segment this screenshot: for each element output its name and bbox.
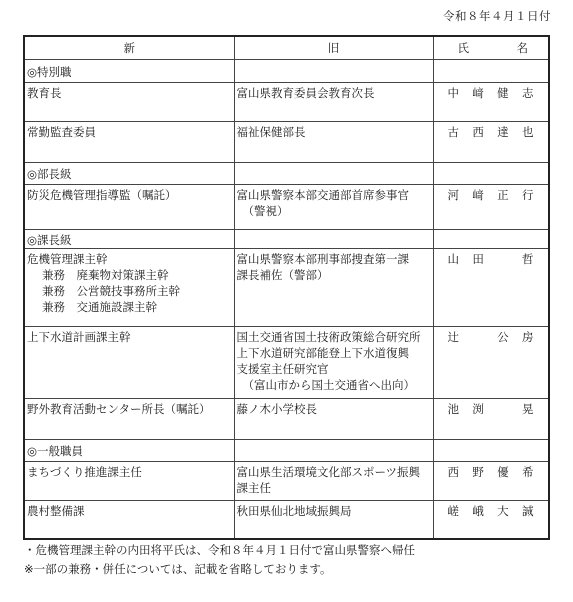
- new-position: 教育長: [27, 85, 232, 101]
- old-position: 課長補佐（警部）: [237, 267, 431, 283]
- section-row: ◎特別職: [24, 59, 549, 82]
- old-position: 秋田県仙北地域振興局: [237, 503, 431, 519]
- new-position-cell: 野外教育活動センター所長（嘱託）: [24, 398, 234, 439]
- name-char: 晃: [522, 401, 534, 417]
- person-name-cell: 山田哲: [433, 248, 549, 326]
- empty-cell: [234, 162, 433, 184]
- name-char: 辻: [448, 329, 460, 345]
- new-position-cell: まちづくり推進課主任: [24, 461, 234, 500]
- name-char: 﨑: [472, 85, 484, 101]
- header-name-char: 名: [517, 40, 529, 56]
- person-name-cell: 河﨑正行: [433, 184, 549, 229]
- table-row: 農村整備課秋田県仙北地域振興局嵯峨大誠: [24, 500, 549, 539]
- old-position-cell: 富山県教育委員会教育次長: [234, 82, 433, 121]
- new-position: まちづくり推進課主任: [27, 464, 232, 480]
- section-label: ◎特別職: [24, 59, 234, 82]
- new-position-cell: 農村整備課: [24, 500, 234, 539]
- name-char: 大: [497, 503, 509, 519]
- new-position-cell: 教育長: [24, 82, 234, 121]
- old-position-cell: 秋田県仙北地域振興局: [234, 500, 433, 539]
- old-position: 富山県教育委員会教育次長: [237, 85, 431, 101]
- old-position-cell: 富山県生活環境文化部スポーツ振興課主任: [234, 461, 433, 500]
- new-position-cell: 危機管理課主幹兼務 廃棄物対策課主幹兼務 公営競技事務所主幹兼務 交通施設課主幹: [24, 248, 234, 326]
- concurrent-post: 兼務 廃棄物対策課主幹: [27, 267, 232, 283]
- person-name: 山田哲: [436, 251, 547, 267]
- name-char: 公: [497, 329, 509, 345]
- table-row: 危機管理課主幹兼務 廃棄物対策課主幹兼務 公営競技事務所主幹兼務 交通施設課主幹…: [24, 248, 549, 326]
- name-char: 野: [472, 464, 484, 480]
- table-row: 教育長富山県教育委員会教育次長中﨑健志: [24, 82, 549, 121]
- person-name-cell: 中﨑健志: [433, 82, 549, 121]
- empty-cell: [433, 59, 549, 82]
- name-char: 山: [448, 251, 460, 267]
- new-position: 危機管理課主幹: [27, 251, 232, 267]
- old-position-cell: 国土交通省国土技術政策総合研究所上下水道研究部能登上下水道復興支援室主任研究官（…: [234, 326, 433, 398]
- old-position: 藤ノ木小学校長: [237, 401, 431, 417]
- old-position-cell: 福祉保健部長: [234, 121, 433, 162]
- old-position: 富山県生活環境文化部スポーツ振興: [237, 464, 431, 480]
- person-name-cell: 古西達也: [433, 121, 549, 162]
- person-name: 嵯峨大誠: [436, 503, 547, 519]
- name-char: 優: [497, 464, 509, 480]
- person-name-cell: 西野優希: [433, 461, 549, 500]
- old-position-cell: 富山県警察本部交通部首席参事官（警視）: [234, 184, 433, 229]
- old-position: 国土交通省国土技術政策総合研究所: [237, 329, 431, 345]
- table-header-row: 新 旧 氏 名: [24, 36, 549, 59]
- name-char: 嵯: [448, 503, 460, 519]
- name-char: 中: [448, 85, 460, 101]
- new-position-cell: 防災危機管理指導監（嘱託）: [24, 184, 234, 229]
- person-name: 古西達也: [436, 124, 547, 140]
- empty-cell: [234, 229, 433, 248]
- person-name-cell: 辻公房: [433, 326, 549, 398]
- header-new: 新: [24, 36, 234, 59]
- old-position: 上下水道研究部能登上下水道復興: [237, 345, 431, 361]
- new-position: 農村整備課: [27, 503, 232, 519]
- name-char: 希: [522, 464, 534, 480]
- old-position: 支援室主任研究官: [237, 361, 431, 377]
- old-position-cell: 富山県警察本部刑事部捜査第一課課長補佐（警部）: [234, 248, 433, 326]
- empty-cell: [234, 439, 433, 461]
- empty-cell: [433, 439, 549, 461]
- name-char: 池: [448, 401, 460, 417]
- name-char: 健: [497, 85, 509, 101]
- name-char: 誠: [522, 503, 534, 519]
- new-position: 上下水道計画課主幹: [27, 329, 232, 345]
- name-char: 房: [522, 329, 534, 345]
- person-name: 河﨑正行: [436, 187, 547, 203]
- name-char: 河: [448, 187, 460, 203]
- name-char: 也: [522, 124, 534, 140]
- footnote: ※一部の兼務・併任については、記載を省略しております。: [24, 560, 415, 579]
- table-row: 防災危機管理指導監（嘱託）富山県警察本部交通部首席参事官（警視）河﨑正行: [24, 184, 549, 229]
- section-label: ◎部長級: [24, 162, 234, 184]
- header-old: 旧: [234, 36, 433, 59]
- old-position: 富山県警察本部刑事部捜査第一課: [237, 251, 431, 267]
- header-name-char: 氏: [458, 40, 470, 56]
- person-name: 池渕晃: [436, 401, 547, 417]
- name-char: 達: [497, 124, 509, 140]
- name-char: [497, 251, 509, 267]
- name-char: 峨: [472, 503, 484, 519]
- new-position-cell: 常勤監査委員: [24, 121, 234, 162]
- empty-cell: [433, 162, 549, 184]
- empty-cell: [433, 229, 549, 248]
- name-char: 志: [522, 85, 534, 101]
- name-char: 西: [448, 464, 460, 480]
- name-char: 古: [448, 124, 460, 140]
- table-body: ◎特別職教育長富山県教育委員会教育次長中﨑健志常勤監査委員福祉保健部長古西達也◎…: [24, 59, 549, 539]
- person-name: 西野優希: [436, 464, 547, 480]
- new-position: 常勤監査委員: [27, 124, 232, 140]
- name-char: 哲: [522, 251, 534, 267]
- section-row: ◎部長級: [24, 162, 549, 184]
- new-position: 野外教育活動センター所長（嘱託）: [27, 401, 232, 417]
- new-position: 防災危機管理指導監（嘱託）: [27, 187, 232, 203]
- name-char: 﨑: [472, 187, 484, 203]
- old-position: （富山市から国土交通省へ出向）: [237, 377, 431, 393]
- old-position-cell: 藤ノ木小学校長: [234, 398, 433, 439]
- person-name-cell: 嵯峨大誠: [433, 500, 549, 539]
- person-name: 中﨑健志: [436, 85, 547, 101]
- concurrent-post: 兼務 公営競技事務所主幹: [27, 283, 232, 299]
- name-char: 行: [522, 187, 534, 203]
- table-row: 常勤監査委員福祉保健部長古西達也: [24, 121, 549, 162]
- new-position-cell: 上下水道計画課主幹: [24, 326, 234, 398]
- effective-date: 令和８年４月１日付: [443, 8, 551, 24]
- person-name-cell: 池渕晃: [433, 398, 549, 439]
- old-position: 富山県警察本部交通部首席参事官: [237, 187, 431, 203]
- name-char: 渕: [472, 401, 484, 417]
- name-char: 田: [472, 251, 484, 267]
- section-label: ◎課長級: [24, 229, 234, 248]
- footnote: ・危機管理課主幹の内田将平氏は、令和８年４月１日付で富山県警察へ帰任: [24, 541, 415, 560]
- name-char: 正: [497, 187, 509, 203]
- section-row: ◎一般職員: [24, 439, 549, 461]
- concurrent-post: 兼務 交通施設課主幹: [27, 299, 232, 315]
- section-label: ◎一般職員: [24, 439, 234, 461]
- table-row: まちづくり推進課主任富山県生活環境文化部スポーツ振興課主任西野優希: [24, 461, 549, 500]
- name-char: [497, 401, 509, 417]
- old-position: （警視）: [237, 203, 431, 219]
- old-position: 課主任: [237, 480, 431, 496]
- header-name: 氏 名: [433, 36, 549, 59]
- name-char: 西: [472, 124, 484, 140]
- empty-cell: [234, 59, 433, 82]
- section-row: ◎課長級: [24, 229, 549, 248]
- footnotes: ・危機管理課主幹の内田将平氏は、令和８年４月１日付で富山県警察へ帰任 ※一部の兼…: [24, 541, 415, 579]
- name-char: [472, 329, 484, 345]
- personnel-table: 新 旧 氏 名 ◎特別職教育長富山県教育委員会教育次長中﨑健志常勤監査委員福祉保…: [23, 35, 550, 540]
- table-row: 野外教育活動センター所長（嘱託）藤ノ木小学校長池渕晃: [24, 398, 549, 439]
- person-name: 辻公房: [436, 329, 547, 345]
- old-position: 福祉保健部長: [237, 124, 431, 140]
- table-row: 上下水道計画課主幹国土交通省国土技術政策総合研究所上下水道研究部能登上下水道復興…: [24, 326, 549, 398]
